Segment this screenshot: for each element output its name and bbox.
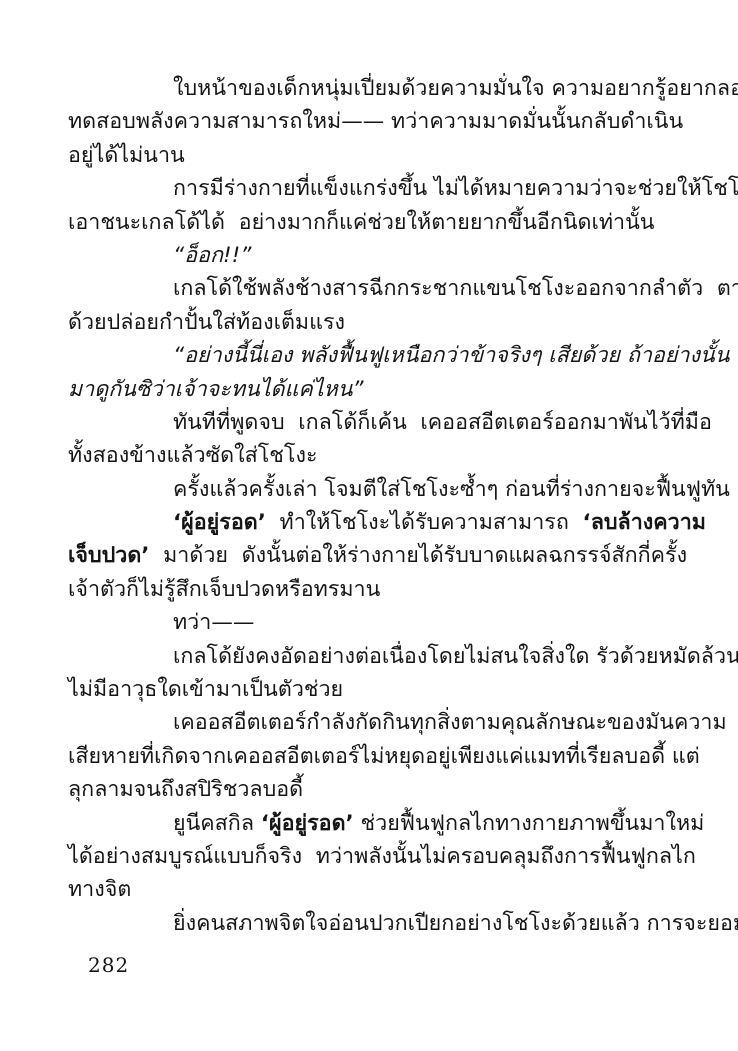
text-line: เอาชนะเกลโด้ได้ อย่างมากก็แค่ช่วยให้ตายย…	[68, 206, 680, 239]
text-segment: ทันทีที่พูดจบ เกลโด้ก็เค้น เคออสอีตเตอร์…	[173, 410, 712, 435]
text-line: เจ้าตัวก็ไม่รู้สึกเจ็บปวดหรือทรมาน	[68, 573, 680, 606]
skill-name-text: เจ็บปวด’	[68, 543, 149, 568]
body-text: ใบหน้าของเด็กหนุ่มเปี่ยมด้วยความมั่นใจ ค…	[68, 72, 680, 940]
text-segment: ครั้งแล้วครั้งเล่า โจมตีใส่โชโงะซ้ำๆ ก่อ…	[173, 477, 730, 502]
text-line: ทั้งสองข้างแล้วซัดใส่โชโงะ	[68, 439, 680, 472]
text-segment: “อย่างนี้นี่เอง พลังฟื้นฟูเหนือกว่าข้าจร…	[173, 343, 729, 368]
text-line: ยูนีคสกิล ‘ผู้อยู่รอด’ ช่วยฟื้นฟูกลไกทาง…	[68, 807, 680, 840]
text-segment: ได้อย่างสมบูรณ์แบบก็จริง ทว่าพลังนั้นไม่…	[68, 844, 696, 869]
text-line: ทดสอบพลังความสามารถใหม่—— ทว่าความมาดมั่…	[68, 105, 680, 138]
text-segment: “อ็อก!!”	[173, 243, 251, 268]
text-line: มาดูกันซิว่าเจ้าจะทนได้แค่ไหน”	[68, 373, 680, 406]
text-segment: ทว่า——	[173, 610, 254, 635]
text-line: เกลโด้ใช้พลังช้างสารฉีกกระชากแขนโชโงะออก…	[68, 272, 680, 305]
text-line: ไม่มีอาวุธใดเข้ามาเป็นตัวช่วย	[68, 673, 680, 706]
text-segment: มาดูกันซิว่าเจ้าจะทนได้แค่ไหน”	[68, 377, 364, 402]
text-line: เจ็บปวด’ มาด้วย ดังนั้นต่อให้ร่างกายได้ร…	[68, 539, 680, 572]
text-line: ลุกลามจนถึงสปิริชวลบอดี้	[68, 773, 680, 806]
text-segment: การมีร่างกายที่แข็งแกร่งขึ้น ไม่ได้หมายค…	[173, 176, 738, 201]
text-segment: มาด้วย ดังนั้นต่อให้ร่างกายได้รับบาดแผลฉ…	[149, 543, 687, 568]
text-line: เกลโด้ยังคงอัดอย่างต่อเนื่องโดยไม่สนใจสิ…	[68, 640, 680, 673]
text-segment: เกลโด้ยังคงอัดอย่างต่อเนื่องโดยไม่สนใจสิ…	[173, 644, 738, 669]
text-segment: เคออสอีตเตอร์กำลังกัดกินทุกสิ่งตามคุณลัก…	[173, 710, 727, 735]
text-line: ยิ่งคนสภาพจิตใจอ่อนปวกเปียกอย่างโชโงะด้ว…	[68, 907, 680, 940]
text-line: อยู่ได้ไม่นาน	[68, 139, 680, 172]
text-segment: เสียหายที่เกิดจากเคออสอีตเตอร์ไม่หยุดอยู…	[68, 744, 700, 769]
text-segment: ยิ่งคนสภาพจิตใจอ่อนปวกเปียกอย่างโชโงะด้ว…	[173, 911, 738, 936]
skill-name-text: ‘ลบล้างความ	[583, 510, 706, 535]
text-segment: เกลโด้ใช้พลังช้างสารฉีกกระชากแขนโชโงะออก…	[173, 276, 738, 301]
text-line: ทางจิต	[68, 873, 680, 906]
text-segment: เจ้าตัวก็ไม่รู้สึกเจ็บปวดหรือทรมาน	[68, 577, 380, 602]
text-segment: ไม่มีอาวุธใดเข้ามาเป็นตัวช่วย	[68, 677, 343, 702]
text-segment: อยู่ได้ไม่นาน	[68, 143, 185, 168]
skill-name-text: ‘ผู้อยู่รอด’	[173, 510, 266, 535]
text-segment: เอาชนะเกลโด้ได้ อย่างมากก็แค่ช่วยให้ตายย…	[68, 210, 655, 235]
text-segment: ทดสอบพลังความสามารถใหม่—— ทว่าความมาดมั่…	[68, 109, 683, 134]
text-line: ทันทีที่พูดจบ เกลโด้ก็เค้น เคออสอีตเตอร์…	[68, 406, 680, 439]
skill-name-text: ‘ผู้อยู่รอด’	[261, 811, 354, 836]
text-line: เคออสอีตเตอร์กำลังกัดกินทุกสิ่งตามคุณลัก…	[68, 706, 680, 739]
text-line: “อ็อก!!”	[68, 239, 680, 272]
text-segment: ยูนีคสกิล	[173, 811, 261, 836]
text-segment: ทำให้โชโงะได้รับความสามารถ	[266, 510, 583, 535]
text-line: การมีร่างกายที่แข็งแกร่งขึ้น ไม่ได้หมายค…	[68, 172, 680, 205]
text-line: ได้อย่างสมบูรณ์แบบก็จริง ทว่าพลังนั้นไม่…	[68, 840, 680, 873]
text-segment: ช่วยฟื้นฟูกลไกทางกายภาพขึ้นมาใหม่	[354, 811, 705, 836]
text-line: “อย่างนี้นี่เอง พลังฟื้นฟูเหนือกว่าข้าจร…	[68, 339, 680, 372]
text-line: ‘ผู้อยู่รอด’ ทำให้โชโงะได้รับความสามารถ …	[68, 506, 680, 539]
text-segment: ด้วยปล่อยกำปั้นใส่ท้องเต็มแรง	[68, 310, 345, 335]
text-segment: ใบหน้าของเด็กหนุ่มเปี่ยมด้วยความมั่นใจ ค…	[173, 76, 738, 101]
text-line: ด้วยปล่อยกำปั้นใส่ท้องเต็มแรง	[68, 306, 680, 339]
text-line: เสียหายที่เกิดจากเคออสอีตเตอร์ไม่หยุดอยู…	[68, 740, 680, 773]
text-segment: ทั้งสองข้างแล้วซัดใส่โชโงะ	[68, 443, 318, 468]
text-line: ทว่า——	[68, 606, 680, 639]
text-line: ครั้งแล้วครั้งเล่า โจมตีใส่โชโงะซ้ำๆ ก่อ…	[68, 473, 680, 506]
page-number: 282	[88, 952, 129, 978]
book-page: ใบหน้าของเด็กหนุ่มเปี่ยมด้วยความมั่นใจ ค…	[0, 0, 738, 1051]
text-segment: ลุกลามจนถึงสปิริชวลบอดี้	[68, 777, 303, 802]
text-segment: ทางจิต	[68, 877, 131, 902]
text-line: ใบหน้าของเด็กหนุ่มเปี่ยมด้วยความมั่นใจ ค…	[68, 72, 680, 105]
